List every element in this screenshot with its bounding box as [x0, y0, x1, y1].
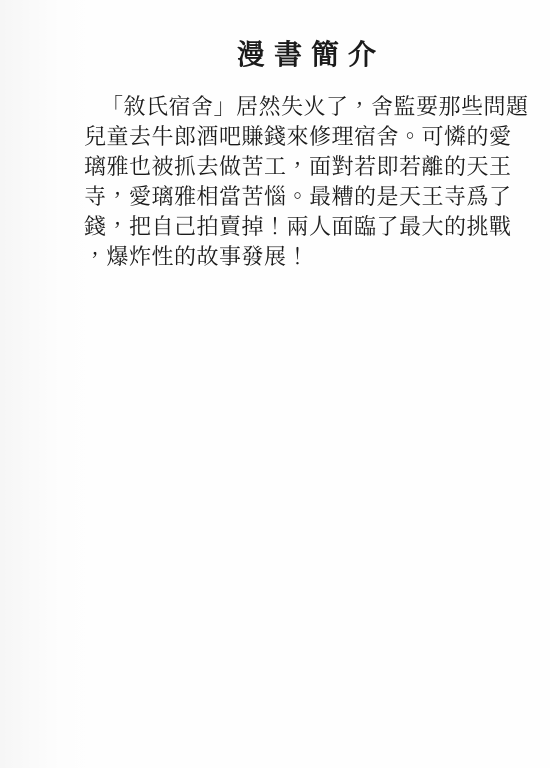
synopsis-line: 璃雅也被抓去做苦工，面對若即若離的天王	[84, 152, 530, 182]
page-title: 漫書簡介	[237, 40, 385, 70]
synopsis-line: ，爆炸性的故事發展！	[84, 242, 530, 272]
synopsis-line: 錢，把自己拍賣掉！兩人面臨了最大的挑戰	[84, 212, 530, 242]
synopsis-line: 寺，愛璃雅相當苦惱。最糟的是天王寺爲了	[84, 182, 530, 212]
scanned-book-page: 漫書簡介 「敘氏宿舍」居然失火了，舍監要那些問題 兒童去牛郎酒吧賺錢來修理宿舍。…	[0, 0, 550, 768]
synopsis-line: 兒童去牛郎酒吧賺錢來修理宿舍。可憐的愛	[84, 122, 530, 152]
synopsis-line: 「敘氏宿舍」居然失火了，舍監要那些問題	[84, 92, 530, 122]
synopsis-paragraph: 「敘氏宿舍」居然失火了，舍監要那些問題 兒童去牛郎酒吧賺錢來修理宿舍。可憐的愛 …	[84, 92, 530, 272]
